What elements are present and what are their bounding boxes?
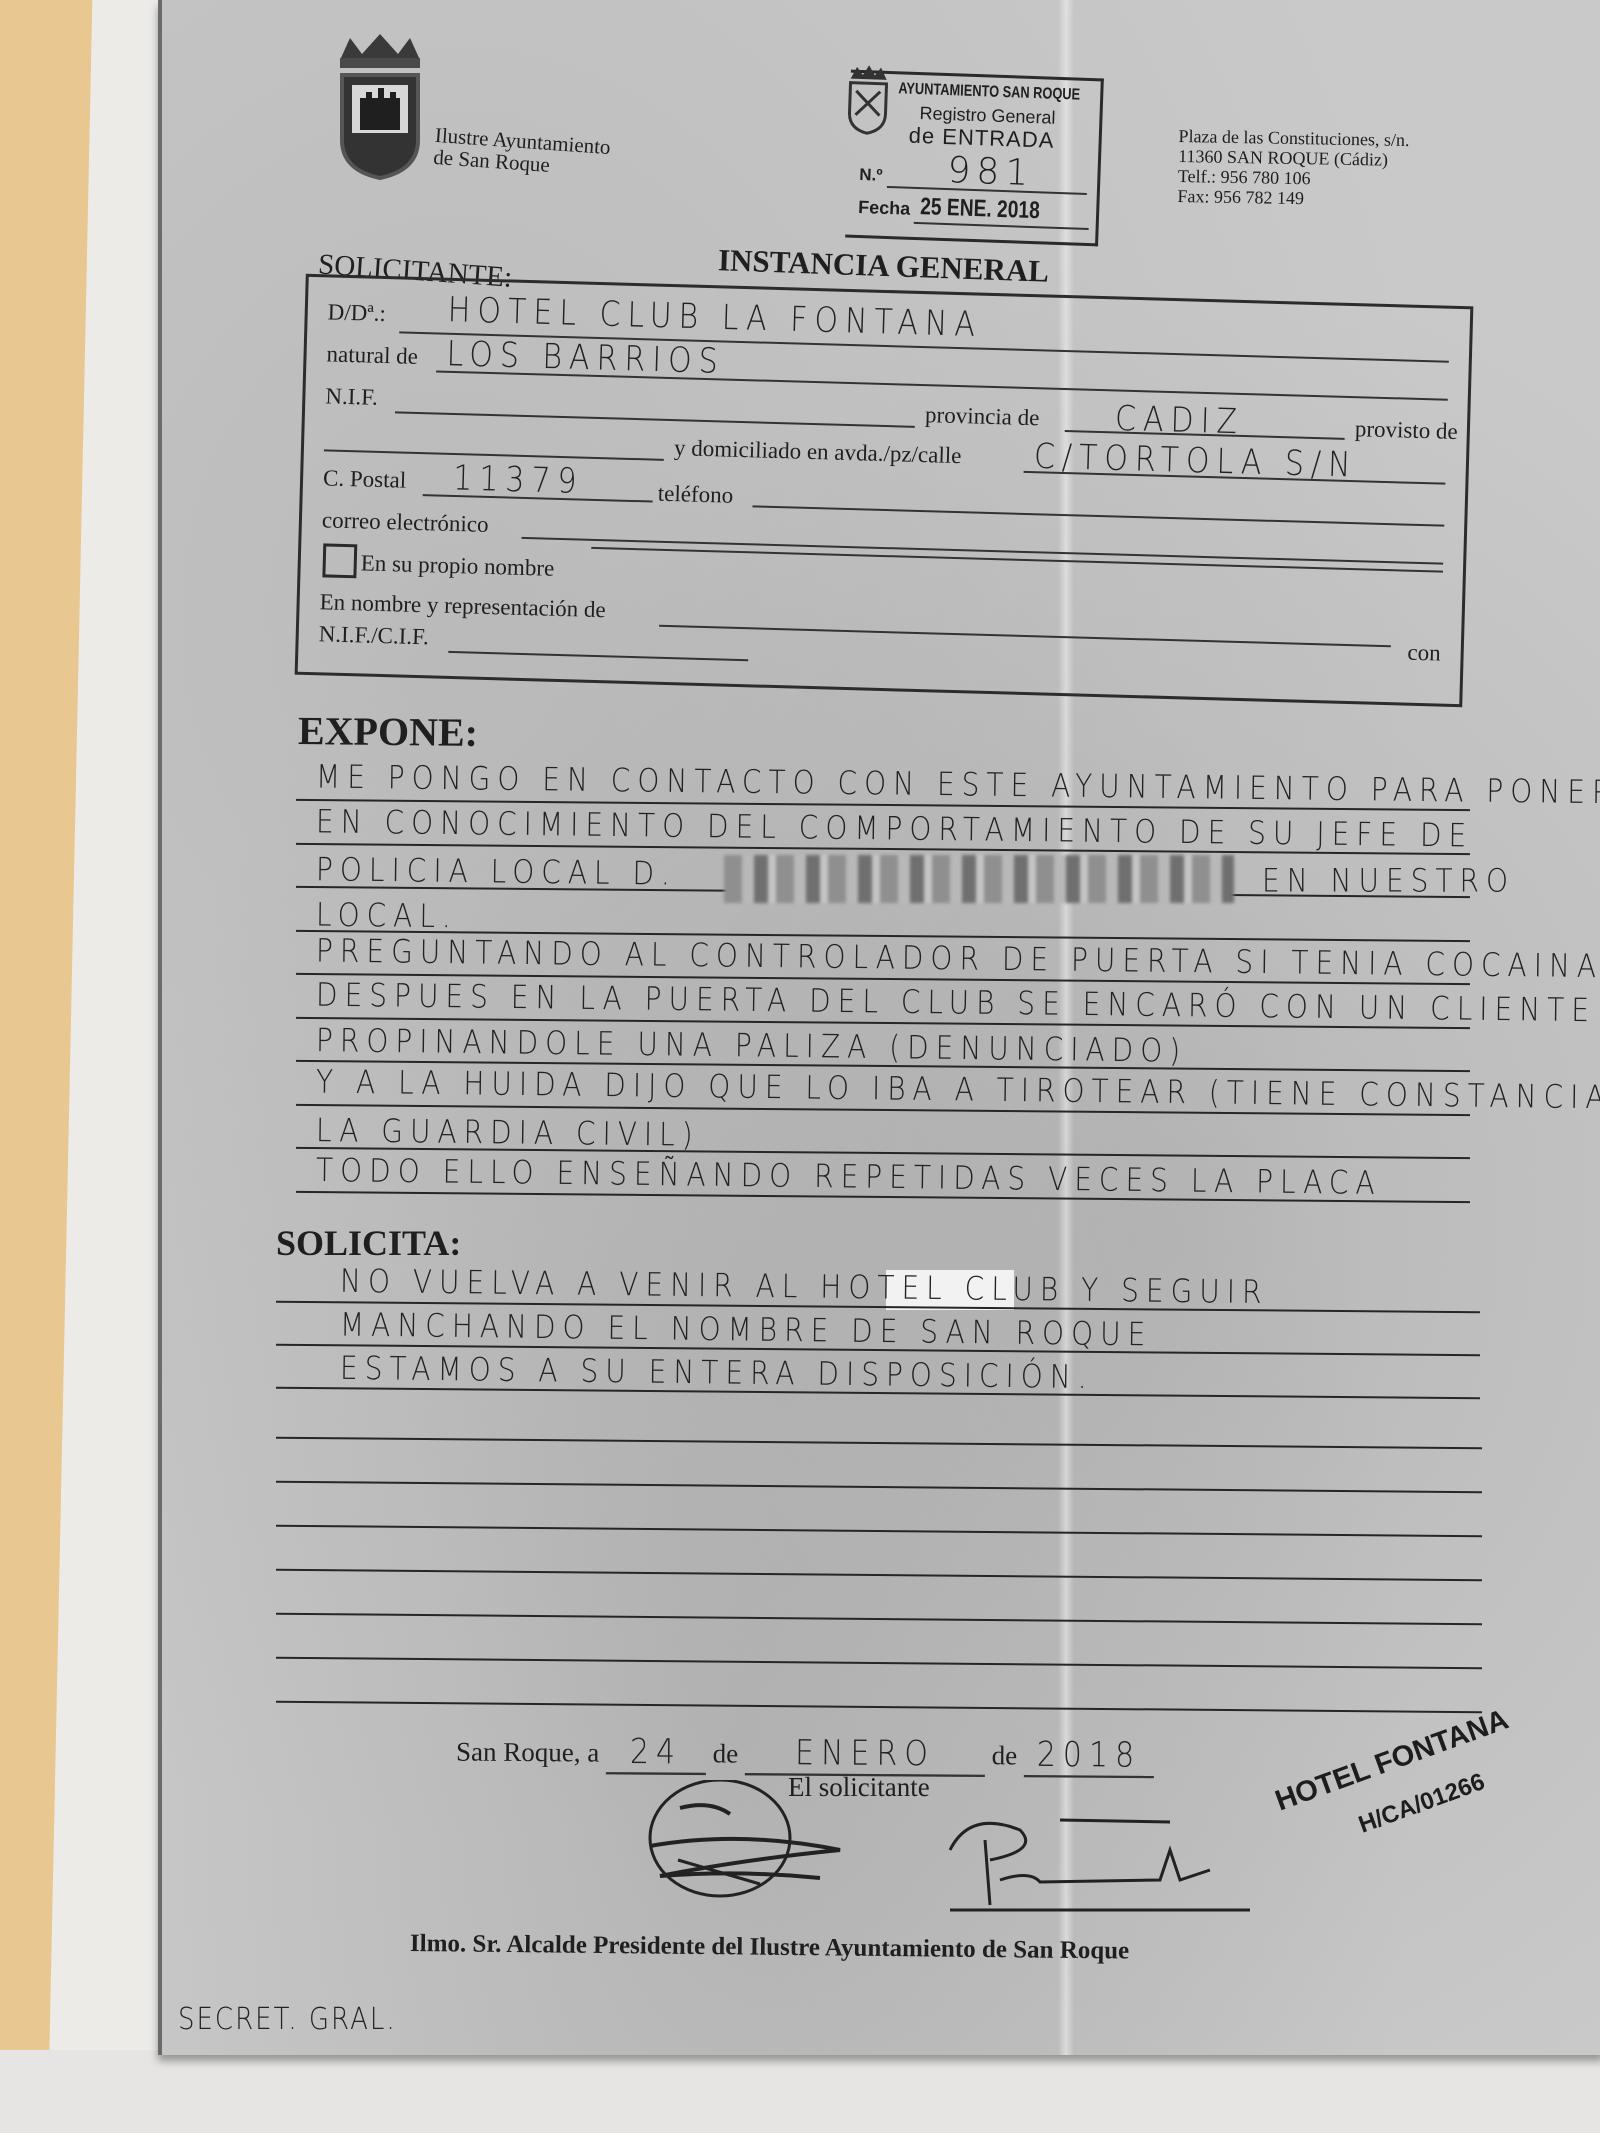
- expone-heading: EXPONE:: [298, 707, 478, 756]
- coat-of-arms-icon: [330, 30, 430, 180]
- applicant-section: D/Dª.: HOTEL CLUB LA FONTANA natural de …: [295, 274, 1474, 707]
- date-line: San Roque, a 24 de ENERO de 2018: [456, 1734, 1154, 1776]
- natural-field[interactable]: LOS BARRIOS: [446, 334, 725, 382]
- registry-entry-stamp: AYUNTAMIENTO SAN ROQUE Registro General …: [845, 70, 1104, 247]
- background-sheet-bottom: [0, 2050, 1600, 2133]
- registry-number: 981: [947, 150, 1035, 194]
- month-field[interactable]: ENERO: [745, 1733, 985, 1777]
- day-field[interactable]: 24: [606, 1732, 706, 1775]
- domicilio-field[interactable]: C/TORTOLA S/N: [1033, 437, 1358, 486]
- signature-1-icon: [620, 1780, 920, 1900]
- issuer-address: Plaza de las Constituciones, s/n. 11360 …: [1177, 126, 1409, 210]
- handwritten-note: SECRET. GRAL.: [178, 2003, 397, 2038]
- stamp-shield-icon: [845, 64, 891, 135]
- year-field[interactable]: 2018: [1024, 1735, 1154, 1778]
- nifcif-field[interactable]: [448, 651, 748, 661]
- own-name-checkbox[interactable]: [322, 543, 357, 578]
- expone-line: LOCAL.: [316, 895, 458, 935]
- registry-date: 25 ENE. 2018: [920, 193, 1040, 225]
- expone-line-suffix: EN NUESTRO: [1262, 862, 1515, 900]
- provincia-field[interactable]: CADIZ: [1115, 399, 1245, 443]
- redacted-name: [724, 855, 1234, 903]
- expone-line: LA GUARDIA CIVIL): [316, 1111, 700, 1154]
- postal-code-field[interactable]: 11379: [453, 458, 585, 502]
- expone-line: POLICIA LOCAL D.: [316, 850, 677, 892]
- signature-2-icon: [930, 1810, 1280, 1920]
- solicita-heading: SOLICITA:: [276, 1222, 461, 1264]
